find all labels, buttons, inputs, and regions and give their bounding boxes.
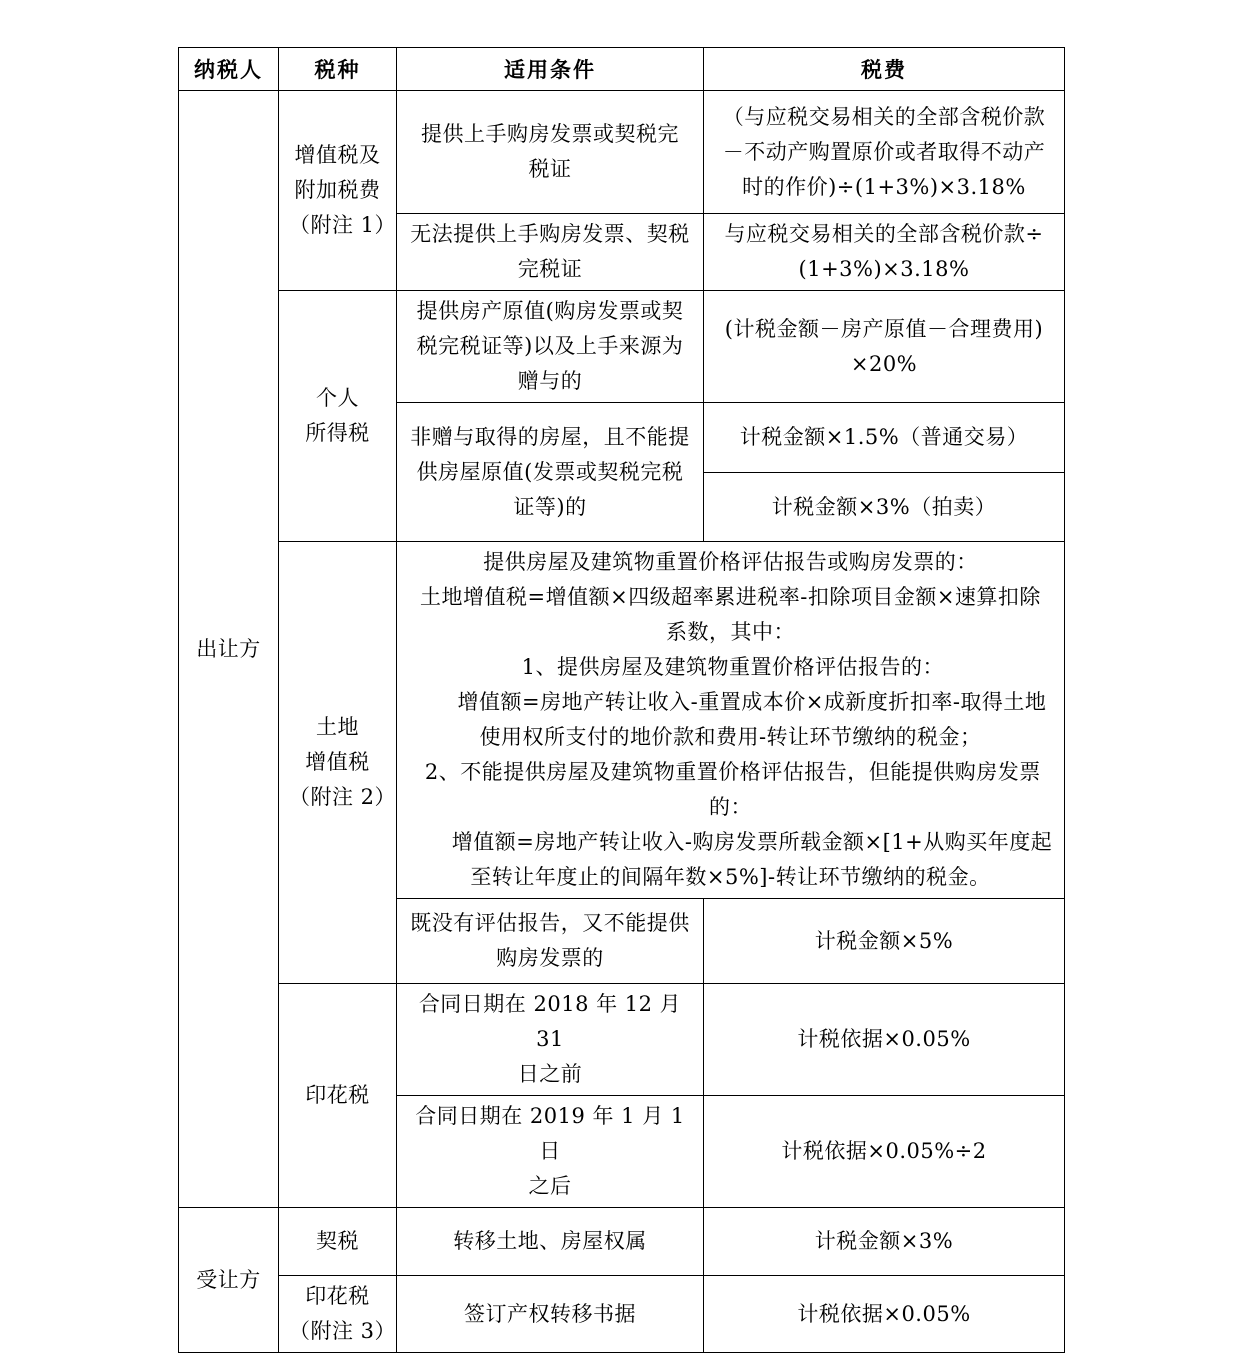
- cell-lvt-formula: 提供房屋及建筑物重置价格评估报告或购房发票的： 土地增值税=增值额×四级超率累进…: [397, 542, 1065, 899]
- cell-pit-fee-20pct: (计税金额－房产原值－合理费用) ×20%: [704, 291, 1065, 403]
- row-deed-tax: 受让方 契税 转移土地、房屋权属 计税金额×3%: [179, 1208, 1065, 1276]
- header-taxpayer: 纳税人: [179, 48, 279, 91]
- cell-pit-label: 个人 所得税: [279, 291, 397, 542]
- tax-table: 纳税人 税种 适用条件 税费 出让方 增值税及 附加税费 （附注 1） 提供上手…: [178, 47, 1065, 1353]
- cell-pit-cond-with-original-value: 提供房产原值(购房发票或契 税完税证等)以及上手来源为 赠与的: [397, 291, 704, 403]
- cell-stamp-label: 印花税: [279, 984, 397, 1208]
- cell-pit-cond-no-original-value: 非赠与取得的房屋，且不能提 供房屋原值(发票或契税完税 证等)的: [397, 403, 704, 542]
- header-tax-type: 税种: [279, 48, 397, 91]
- row-pit-with-original-value: 个人 所得税 提供房产原值(购房发票或契 税完税证等)以及上手来源为 赠与的 (…: [179, 291, 1065, 403]
- header-row: 纳税人 税种 适用条件 税费: [179, 48, 1065, 91]
- cell-vat-cond-with-invoice: 提供上手购房发票或契税完 税证: [397, 91, 704, 214]
- cell-vat-fee-no-invoice: 与应税交易相关的全部含税价款÷ (1+3%)×3.18%: [704, 214, 1065, 291]
- cell-pit-fee-auction: 计税金额×3%（拍卖）: [704, 473, 1065, 542]
- cell-transferee-stamp-fee: 计税依据×0.05%: [704, 1276, 1065, 1353]
- row-stamp-before-2019: 印花税 合同日期在 2018 年 12 月 31 日之前 计税依据×0.05%: [179, 984, 1065, 1096]
- cell-transferor-label: 出让方: [179, 91, 279, 1208]
- cell-lvt-cond-no-report: 既没有评估报告，又不能提供 购房发票的: [397, 899, 704, 984]
- header-fee: 税费: [704, 48, 1065, 91]
- cell-lvt-fee-5pct: 计税金额×5%: [704, 899, 1065, 984]
- row-vat-with-invoice: 出让方 增值税及 附加税费 （附注 1） 提供上手购房发票或契税完 税证 （与应…: [179, 91, 1065, 214]
- page: { "page": { "background_color": "#ffffff…: [0, 0, 1241, 1235]
- cell-stamp-fee-after-2019: 计税依据×0.05%÷2: [704, 1096, 1065, 1208]
- header-condition: 适用条件: [397, 48, 704, 91]
- cell-vat-fee-with-invoice: （与应税交易相关的全部含税价款 －不动产购置原价或者取得不动产 时的作价)÷(1…: [704, 91, 1065, 214]
- row-lvt-formula: 土地 增值税 （附注 2） 提供房屋及建筑物重置价格评估报告或购房发票的： 土地…: [179, 542, 1065, 899]
- cell-stamp-fee-before-2019: 计税依据×0.05%: [704, 984, 1065, 1096]
- cell-deed-label: 契税: [279, 1208, 397, 1276]
- cell-stamp-cond-after-2019: 合同日期在 2019 年 1 月 1 日 之后: [397, 1096, 704, 1208]
- cell-stamp-cond-before-2019: 合同日期在 2018 年 12 月 31 日之前: [397, 984, 704, 1096]
- cell-vat-label: 增值税及 附加税费 （附注 1）: [279, 91, 397, 291]
- cell-transferee-stamp-label: 印花税 （附注 3）: [279, 1276, 397, 1353]
- cell-lvt-label: 土地 增值税 （附注 2）: [279, 542, 397, 984]
- cell-transferee-label: 受让方: [179, 1208, 279, 1353]
- cell-vat-cond-no-invoice: 无法提供上手购房发票、契税 完税证: [397, 214, 704, 291]
- cell-deed-fee: 计税金额×3%: [704, 1208, 1065, 1276]
- cell-transferee-stamp-cond: 签订产权转移书据: [397, 1276, 704, 1353]
- row-transferee-stamp: 印花税 （附注 3） 签订产权转移书据 计税依据×0.05%: [179, 1276, 1065, 1353]
- cell-pit-fee-normal: 计税金额×1.5%（普通交易）: [704, 403, 1065, 473]
- cell-deed-cond: 转移土地、房屋权属: [397, 1208, 704, 1276]
